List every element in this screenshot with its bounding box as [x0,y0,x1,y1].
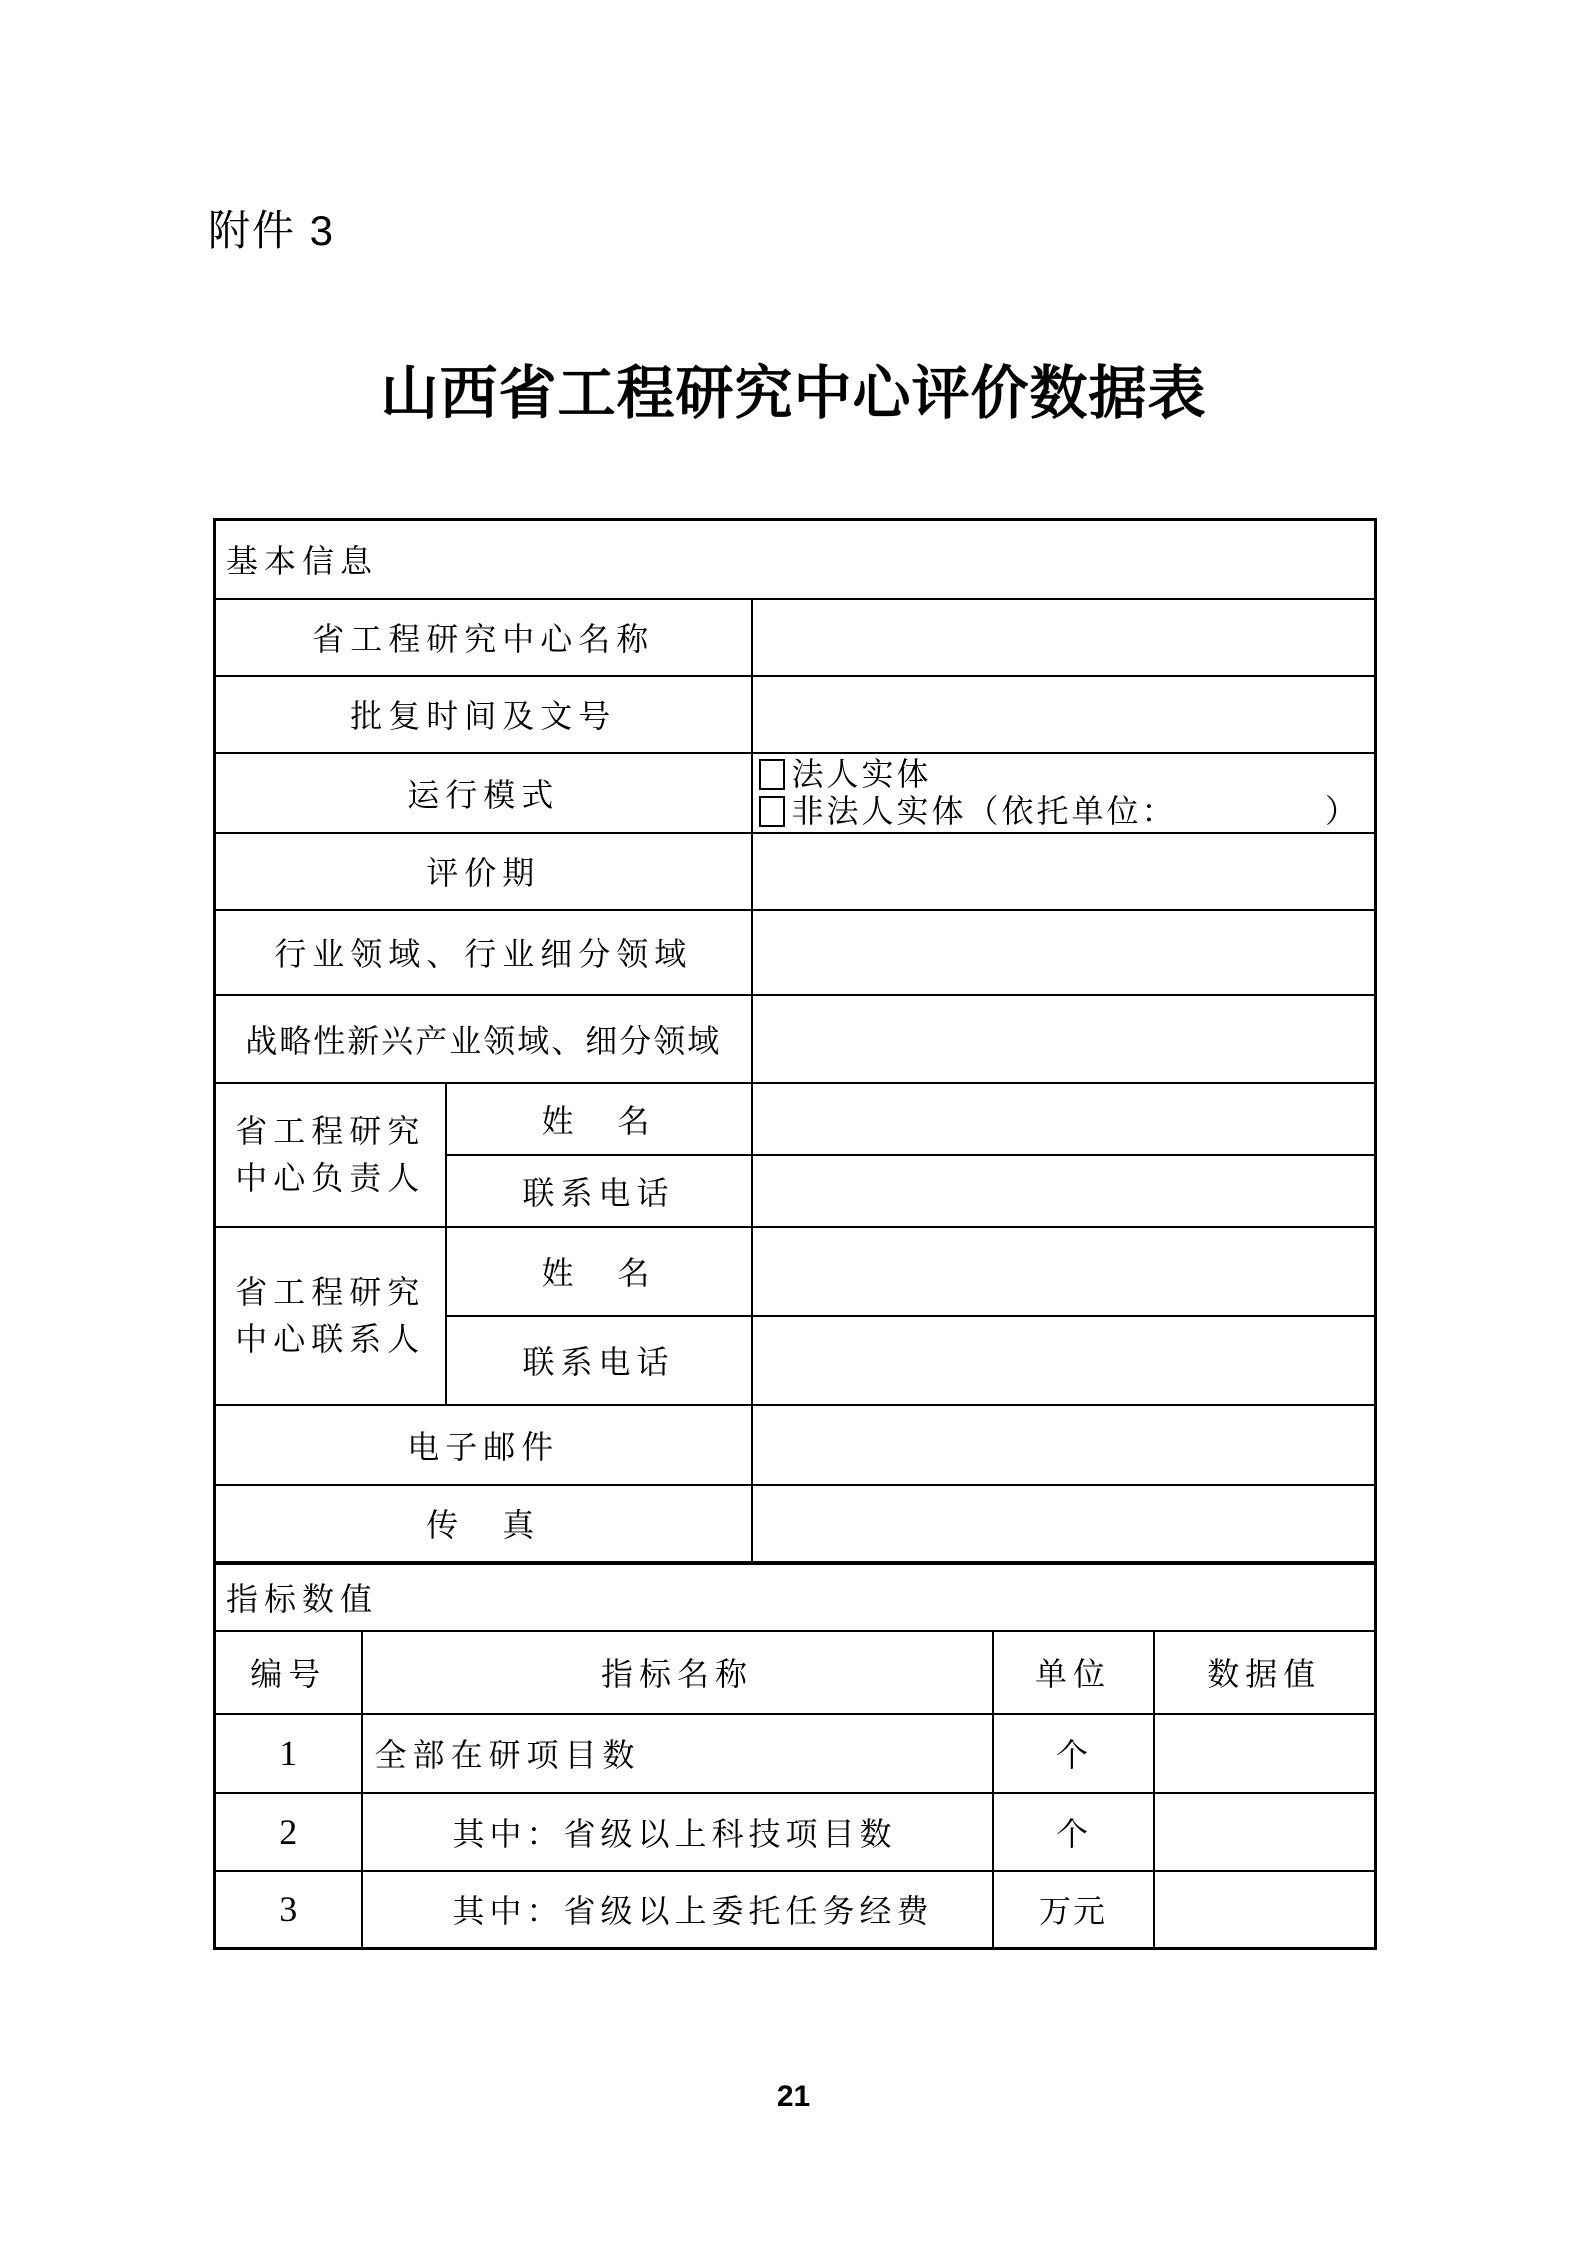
label-operation-mode: 运行模式 [215,753,752,833]
label-leader-group: 省工程研究中心负责人 [215,1083,446,1227]
table-row: 3 其中：省级以上委托任务经费 万元 [215,1871,1376,1949]
label-leader-name: 姓 名 [446,1083,752,1155]
value-contact-phone [752,1316,1376,1405]
basic-info-table: 基本信息 省工程研究中心名称 批复时间及文号 运行模式 法人实体 [213,518,1377,1564]
indicator-no: 3 [215,1871,362,1949]
checkbox-icon [759,759,785,790]
label-approval: 批复时间及文号 [215,676,752,753]
form-tables: 基本信息 省工程研究中心名称 批复时间及文号 运行模式 法人实体 [213,518,1374,1950]
value-industry [752,910,1376,995]
value-contact-name [752,1227,1376,1316]
label-industry: 行业领域、行业细分领域 [215,910,752,995]
label-evaluation-period: 评价期 [215,833,752,910]
attachment-label: 附件 3 [208,198,335,258]
column-header-name: 指标名称 [362,1631,993,1714]
label-strategic-industry: 战略性新兴产业领域、细分领域 [215,995,752,1083]
section-title-basic-info: 基本信息 [215,520,1376,599]
label-contact-name: 姓 名 [446,1227,752,1316]
column-header-value: 数据值 [1154,1631,1376,1714]
label-leader-phone: 联系电话 [446,1155,752,1227]
option-label: 法人实体 [792,756,932,793]
label-contact-phone: 联系电话 [446,1316,752,1405]
indicators-table: 指标数值 编号 指标名称 单位 数据值 1 全部在研项目数 个 2 其中：省级以… [213,1562,1377,1950]
table-row: 2 其中：省级以上科技项目数 个 [215,1793,1376,1871]
document-page: 附件 3 山西省工程研究中心评价数据表 基本信息 省工程研究中心名称 批复时间及… [0,0,1587,2245]
section-title-indicators: 指标数值 [215,1564,1376,1631]
indicator-name: 其中：省级以上科技项目数 [362,1793,993,1871]
option-close-paren: ） [1325,793,1360,830]
value-approval [752,676,1376,753]
label-center-name: 省工程研究中心名称 [215,599,752,676]
option-label: 非法人实体（依托单位： [792,793,1177,830]
value-evaluation-period [752,833,1376,910]
value-strategic-industry [752,995,1376,1083]
label-contact-group: 省工程研究中心联系人 [215,1227,446,1405]
value-operation-mode: 法人实体 非法人实体（依托单位： ） [752,753,1376,833]
indicator-no: 2 [215,1793,362,1871]
indicator-value [1154,1871,1376,1949]
indicator-name: 全部在研项目数 [362,1714,993,1793]
column-header-no: 编号 [215,1631,362,1714]
indicator-no: 1 [215,1714,362,1793]
label-fax: 传 真 [215,1485,752,1563]
indicator-unit: 万元 [993,1871,1154,1949]
page-number: 21 [0,2080,1587,2114]
indicator-value [1154,1714,1376,1793]
indicator-name: 其中：省级以上委托任务经费 [362,1871,993,1949]
indicator-unit: 个 [993,1793,1154,1871]
label-email: 电子邮件 [215,1405,752,1485]
operation-mode-option-non-legal-entity: 非法人实体（依托单位： ） [759,793,1361,830]
document-title: 山西省工程研究中心评价数据表 [0,346,1587,430]
indicator-unit: 个 [993,1714,1154,1793]
value-center-name [752,599,1376,676]
indicator-value [1154,1793,1376,1871]
value-leader-name [752,1083,1376,1155]
column-header-unit: 单位 [993,1631,1154,1714]
checkbox-icon [759,796,785,827]
value-email [752,1405,1376,1485]
value-leader-phone [752,1155,1376,1227]
operation-mode-option-legal-entity: 法人实体 [759,756,1361,793]
value-fax [752,1485,1376,1563]
table-row: 1 全部在研项目数 个 [215,1714,1376,1793]
